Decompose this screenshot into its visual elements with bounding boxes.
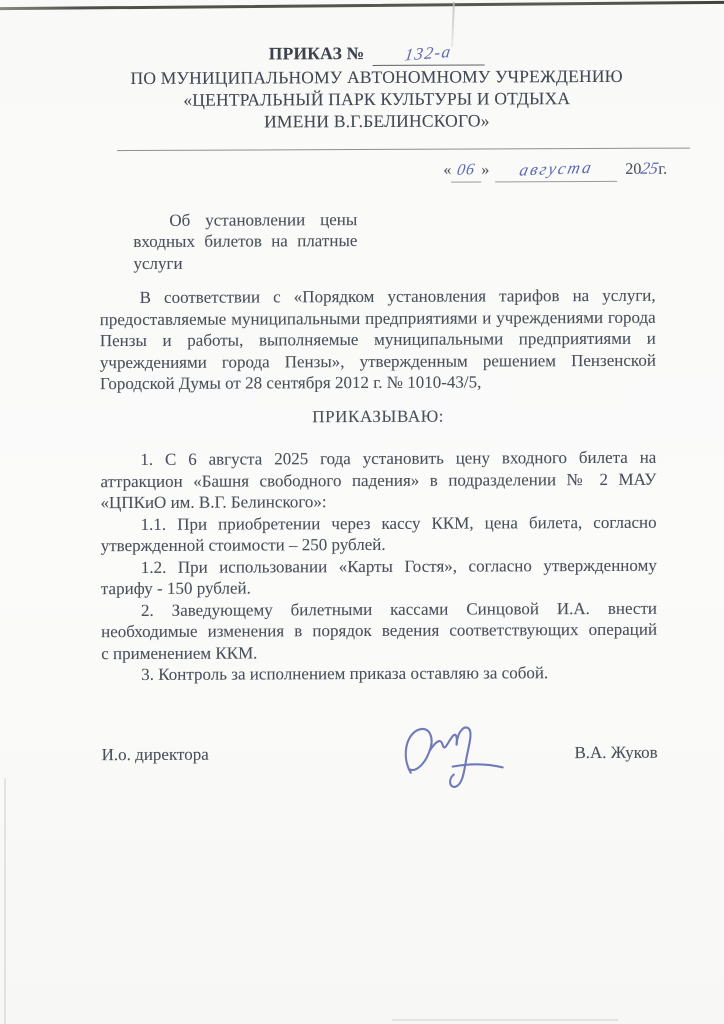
order-number-underline: 132-а — [372, 41, 484, 65]
date-day-handwritten: 06 — [456, 159, 478, 182]
order-label: ПРИКАЗ № — [269, 43, 365, 63]
order-item-3: 3. Контроль за исполнением приказа остав… — [101, 662, 657, 686]
header-divider-line — [117, 148, 690, 152]
decree-word: ПРИКАЗЫВАЮ: — [100, 404, 656, 428]
date-day-underline: 06 — [451, 159, 481, 182]
scan-bottom-smudge — [392, 1019, 618, 1021]
order-item-2: 2. Заведующему билетными кассами Синцово… — [101, 597, 657, 664]
scanned-order-page: ПРИКАЗ №132-а ПО МУНИЦИПАЛЬНОМУ АВТОНОМН… — [0, 0, 724, 1024]
order-number-handwritten: 132-а — [403, 41, 453, 67]
order-items: 1. С 6 августа 2025 года установить цену… — [100, 447, 657, 686]
handwritten-signature-icon — [394, 718, 512, 801]
order-title-line: ПРИКАЗ №132-а — [99, 41, 655, 67]
order-item-1: 1. С 6 августа 2025 года установить цену… — [100, 447, 656, 514]
date-line: «06»августа2025г. — [99, 158, 667, 184]
preamble-paragraph: В соответствии с «Порядком установления … — [100, 285, 656, 395]
date-close-quote: » — [481, 161, 489, 178]
signer-name: В.А. Жуков — [574, 741, 657, 763]
signer-position: И.о. директора — [102, 743, 209, 765]
order-item-1-1: 1.1. При приобретении через кассу ККМ, ц… — [101, 511, 657, 556]
date-month-handwritten: августа — [517, 157, 595, 181]
document-header: ПРИКАЗ №132-а ПО МУНИЦИПАЛЬНОМУ АВТОНОМН… — [99, 41, 655, 133]
signature-block: И.о. директора В.А. Жуков — [102, 741, 658, 765]
order-item-1-2: 1.2. При использовании «Карты Гостя», со… — [101, 554, 657, 599]
date-year-suffix: г. — [658, 161, 667, 178]
org-name-line-3: ИМЕНИ В.Г.БЕЛИНСКОГО» — [99, 109, 655, 133]
date-month-underline: августа — [495, 158, 617, 182]
order-subject: Об установлении цены входных билетов на … — [133, 209, 357, 274]
scan-left-edge-artifact — [4, 778, 6, 1024]
org-name-line-2: «ЦЕНТРАЛЬНЫЙ ПАРК КУЛЬТУРЫ И ОТДЫХА — [99, 87, 655, 111]
document-sheet: ПРИКАЗ №132-а ПО МУНИЦИПАЛЬНОМУ АВТОНОМН… — [0, 0, 724, 766]
date-open-quote: « — [443, 162, 451, 179]
org-name-line-1: ПО МУНИЦИПАЛЬНОМУ АВТОНОМНОМУ УЧРЕЖДЕНИЮ — [99, 65, 655, 89]
